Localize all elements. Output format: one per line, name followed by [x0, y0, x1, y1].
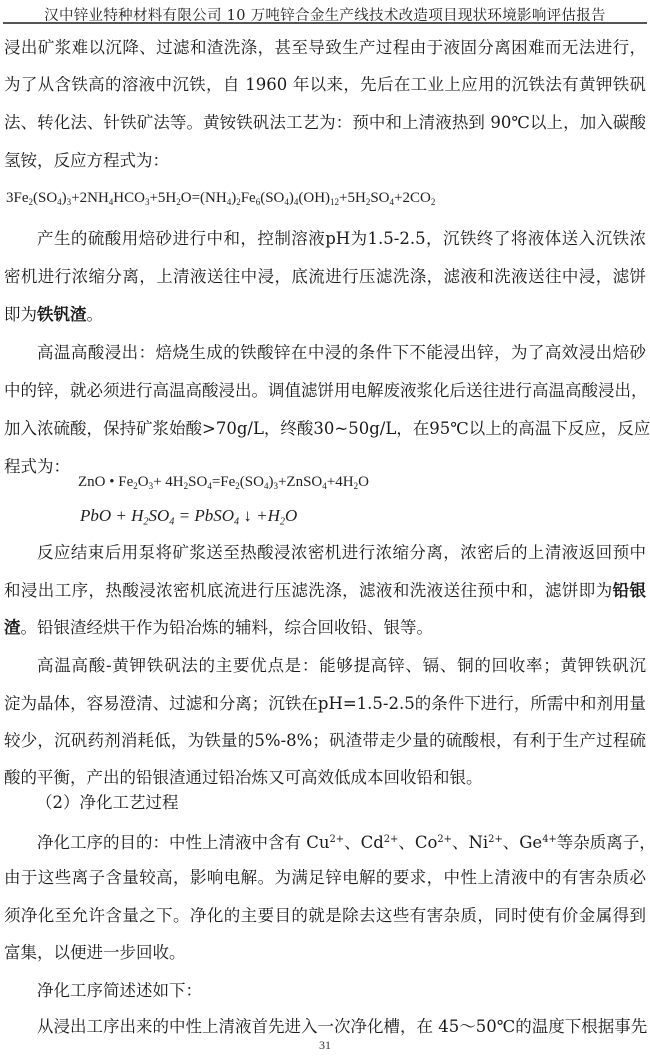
paragraph-line: 法、转化法、针铁矿法等。黄铵铁矾法工艺为：预中和上清液热到 90℃以上，加入碳酸 [4, 113, 646, 133]
header-divider [3, 22, 647, 24]
term-lead-silver-residue: 铅银 [613, 581, 646, 600]
paragraph-line: 产生的硫酸用焙砂进行中和，控制溶液pH为1.5-2.5，沉铁终了将液体送入沉铁浓 [4, 229, 646, 249]
paragraph-line: 净化工序的目的：中性上清液中含有 Cu2+、Cd2+、Co2+、Ni2+、Ge4… [4, 830, 646, 853]
paragraph-line: 须净化至允许含量之下。净化的主要目的就是除去这些有害杂质，同时使有价金属得到 [4, 906, 646, 926]
ion-nickel: Ni2+ [468, 833, 502, 852]
paragraph-line: 由于这些离子含量较高，影响电解。为满足锌电解的要求，中性上清液中的有害杂质必 [4, 868, 646, 888]
chemical-equation-ammonium-jarosite: 3Fe2(SO4)3+2NH4HCO3+5H2O=(NH4)2Fe6(SO4)4… [6, 190, 435, 207]
section-heading: （2）净化工艺过程 [36, 793, 179, 813]
paragraph-line: 中的锌，就必须进行高温高酸浸出。调值滤饼用电解废液浆化后送往进行高温高酸浸出， [4, 381, 646, 401]
paragraph-line: 从浸出工序出来的中性上清液首先进入一次净化槽，在 45～50℃的温度下根据事先 [4, 1017, 646, 1037]
paragraph-line: 较少，沉矾药剂消耗低，为铁量的5%-8%；矾渣带走少量的硫酸根，有利于生产过程硫 [4, 731, 646, 751]
chemical-equation-zinc-ferrite: ZnO • Fe2O3+ 4H2SO4=Fe2(SO4)3+ZnSO4+4H2O [78, 474, 369, 491]
paragraph-line: 密机进行浓缩分离，上清液送往中浸，底流进行压滤洗涤，滤液和洗液送往中浸，滤饼 [4, 267, 646, 287]
ion-cobalt: Co2+ [415, 833, 452, 852]
paragraph-line: 即为铁钒渣。 [4, 305, 646, 325]
paragraph-line: 氢铵，反应方程式为： [4, 151, 646, 171]
paragraph-line: 为了从含铁高的溶液中沉铁，自 1960 年以来，先后在工业上应用的沉铁法有黄钾铁… [4, 75, 646, 95]
page-number: 31 [0, 1038, 650, 1053]
paragraph-line: 净化工序简述述如下： [4, 981, 646, 1001]
chemical-equation-lead-oxide: PbO + H2SO4 = PbSO4 ↓ +H2O [80, 506, 297, 528]
term-jarosite-residue: 铁钒渣 [37, 305, 87, 324]
paragraph-line: 浸出矿浆难以沉降、过滤和渣洗涤，甚至导致生产过程由于液固分离困难而无法进行， [4, 38, 646, 58]
paragraph-line: 高温高酸-黄钾铁矾法的主要优点是：能够提高锌、镉、铜的回收率；黄钾铁矾沉 [4, 656, 646, 676]
ion-germanium: Ge4+ [519, 833, 557, 852]
paragraph-line: 加入浓硫酸，保持矿浆始酸>70g/L，终酸30~50g/L，在95℃以上的高温下… [4, 419, 646, 439]
paragraph-line: 渣。铅银渣经烘干作为铅冶炼的辅料，综合回收铅、银等。 [4, 618, 646, 638]
term-lead-silver-residue: 渣 [4, 618, 21, 637]
paragraph-line: 高温高酸浸出：焙烧生成的铁酸锌在中浸的条件下不能浸出锌，为了高效浸出焙砂 [4, 343, 646, 363]
ion-copper: Cu2+ [306, 833, 344, 852]
paragraph-line: 和浸出工序，热酸浸浓密机底流进行压滤洗涤，滤液和洗液送往预中和，滤饼即为铅银 [4, 581, 646, 601]
paragraph-line: 酸的平衡，产出的铅银渣通过铅冶炼又可高效低成本回收铅和银。 [4, 768, 646, 788]
ion-cadmium: Cd2+ [361, 833, 399, 852]
paragraph-line: 富集，以便进一步回收。 [4, 943, 646, 963]
paragraph-line: 反应结束后用泵将矿浆送至热酸浸浓密机进行浓缩分离，浓密后的上清液返回预中 [4, 543, 646, 563]
paragraph-line: 淀为晶体，容易澄清、过滤和分离；沉铁在pH=1.5-2.5的条件下进行，所需中和… [4, 694, 646, 714]
